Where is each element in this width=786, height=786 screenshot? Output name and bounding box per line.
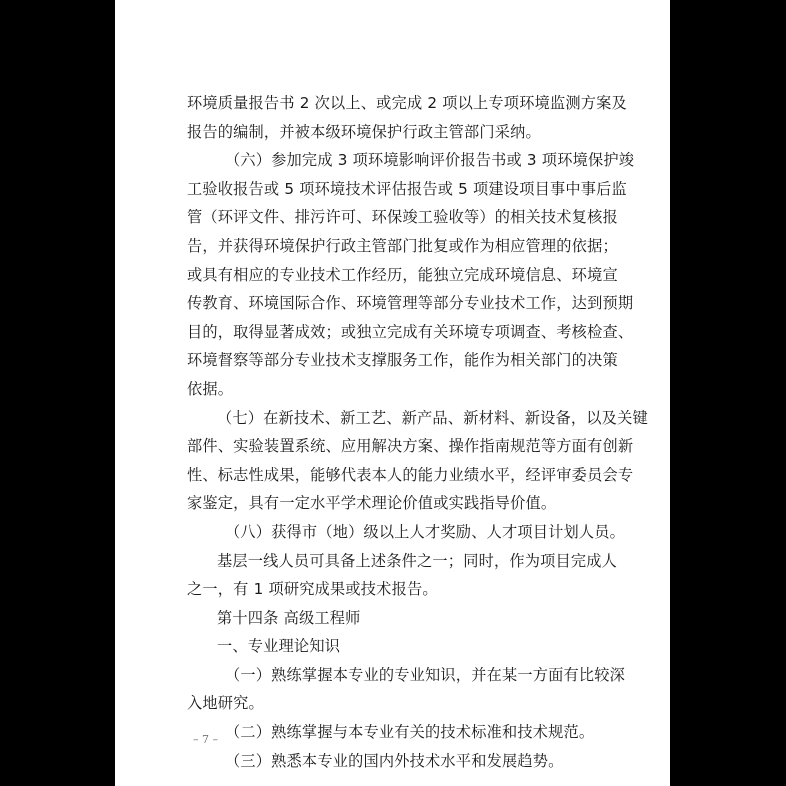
text-line: （七）在新技术、新工艺、新产品、新材料、新设备，以及关键 bbox=[187, 404, 607, 433]
text-line: 环境督察等部分专业技术支撑服务工作，能作为相关部门的决策 bbox=[187, 346, 607, 375]
text-line: 或具有相应的专业技术工作经历，能独立完成环境信息、环境宣 bbox=[187, 261, 607, 290]
document-body: 环境质量报告书 2 次以上、或完成 2 项以上专项环境监测方案及 报告的编制，并… bbox=[187, 89, 607, 775]
text-line: （一）熟练掌握本专业的专业知识，并在某一方面有比较深 bbox=[187, 661, 607, 690]
text-line: 传教育、环境国际合作、环境管理等部分专业技术工作，达到预期 bbox=[187, 289, 607, 318]
text-line: （八）获得市（地）级以上人才奖励、人才项目计划人员。 bbox=[187, 518, 607, 547]
text-line: 部件、实验装置系统、应用解决方案、操作指南规范等方面有创新 bbox=[187, 432, 607, 461]
text-line: 基层一线人员可具备上述条件之一；同时，作为项目完成人 bbox=[187, 547, 607, 576]
text-line: 环境质量报告书 2 次以上、或完成 2 项以上专项环境监测方案及 bbox=[187, 89, 607, 118]
text-line: 工验收报告或 5 项环境技术评估报告或 5 项建设项目事中事后监 bbox=[187, 175, 607, 204]
text-line: 报告的编制，并被本级环境保护行政主管部门采纳。 bbox=[187, 118, 607, 147]
text-line: 之一，有 1 项研究成果或技术报告。 bbox=[187, 575, 607, 604]
text-line: 目的，取得显著成效；或独立完成有关环境专项调查、考核检查、 bbox=[187, 318, 607, 347]
text-line: （三）熟悉本专业的国内外技术水平和发展趋势。 bbox=[187, 747, 607, 776]
text-line: 依据。 bbox=[187, 375, 607, 404]
text-line: 入地研究。 bbox=[187, 689, 607, 718]
subsection-heading: 一、专业理论知识 bbox=[187, 632, 607, 661]
section-heading: 第十四条 高级工程师 bbox=[187, 604, 607, 633]
text-line: 家鉴定，具有一定水平学术理论价值或实践指导价值。 bbox=[187, 489, 607, 518]
page-number: – 7 – bbox=[193, 733, 218, 746]
text-line: 性、标志性成果，能够代表本人的能力业绩水平，经评审委员会专 bbox=[187, 461, 607, 490]
document-page: 环境质量报告书 2 次以上、或完成 2 项以上专项环境监测方案及 报告的编制，并… bbox=[115, 0, 670, 786]
text-line: 告，并获得环境保护行政主管部门批复或作为相应管理的依据； bbox=[187, 232, 607, 261]
text-line: 管（环评文件、排污许可、环保竣工验收等）的相关技术复核报 bbox=[187, 203, 607, 232]
text-line: （二）熟练掌握与本专业有关的技术标准和技术规范。 bbox=[187, 718, 607, 747]
text-line: （六）参加完成 3 项环境影响评价报告书或 3 项环境保护竣 bbox=[187, 146, 607, 175]
